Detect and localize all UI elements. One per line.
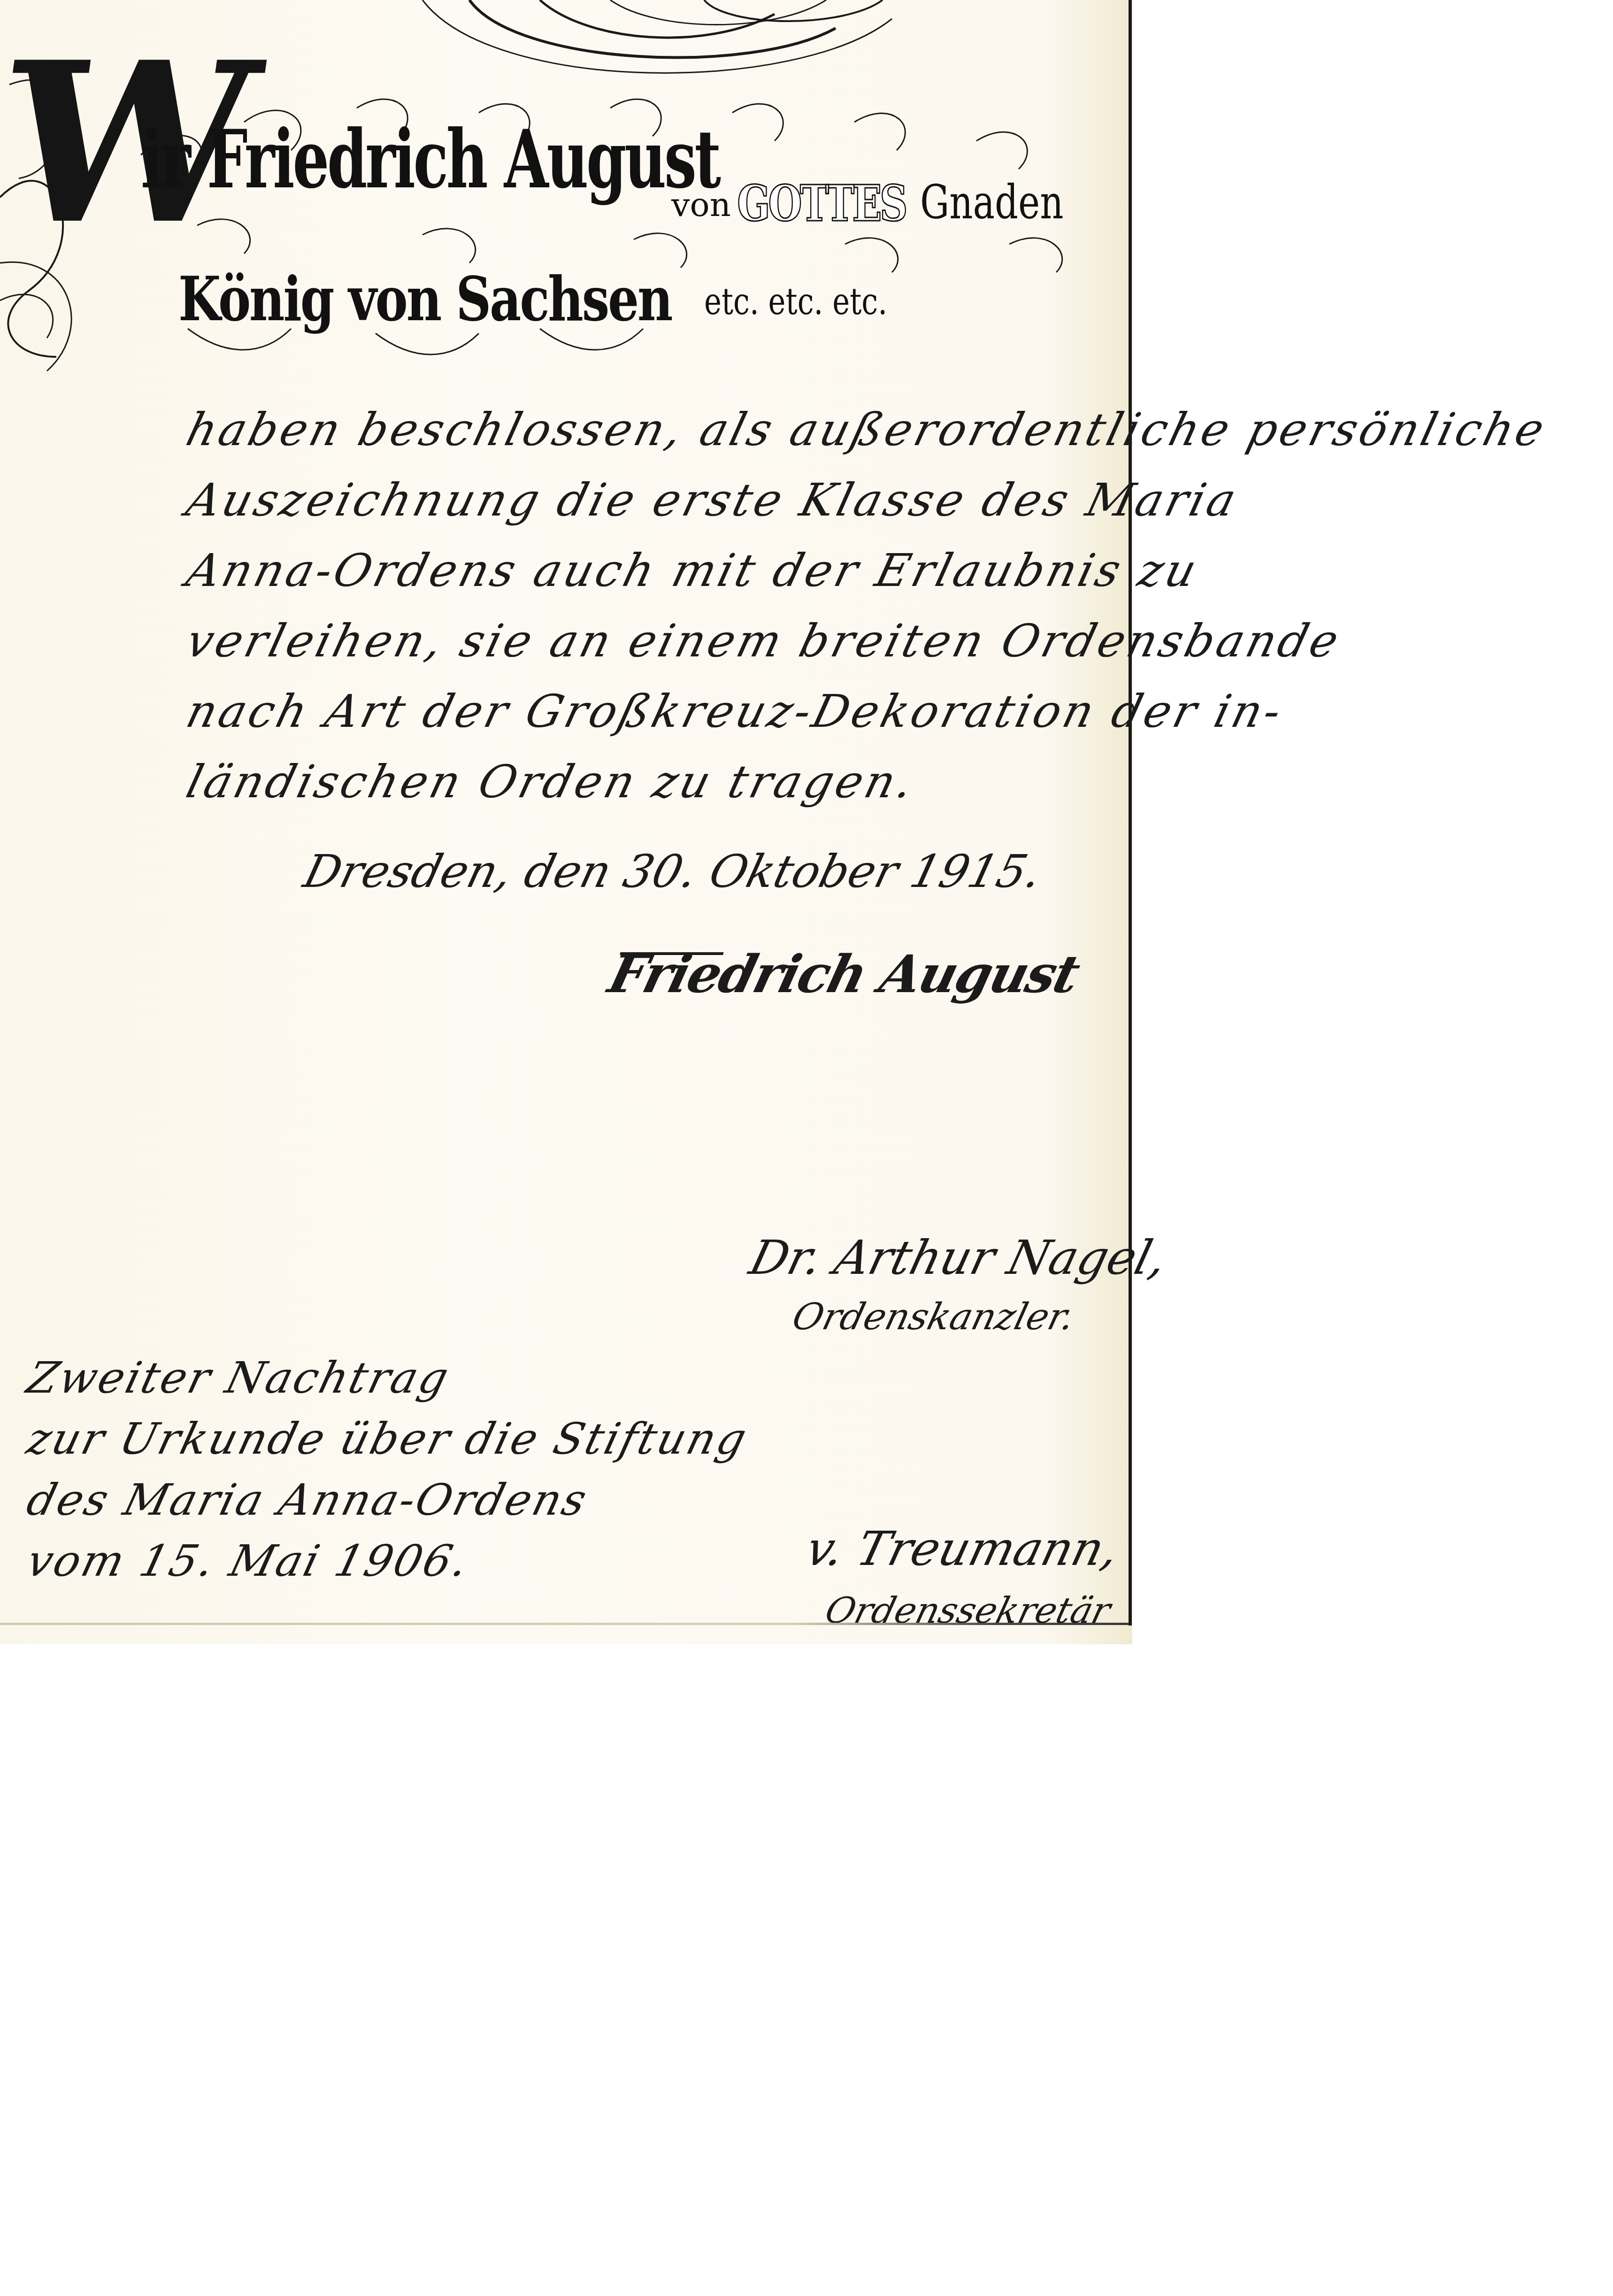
heading-royal-title: König von Sachsen <box>178 263 672 335</box>
heading-etc: etc. etc. etc. <box>704 281 887 323</box>
supplement-line: vom 15. Mai 1906. <box>21 1531 754 1592</box>
supplement-line: zur Urkunde über die Stiftung <box>21 1409 754 1470</box>
place-and-date: Dresden, den 30. Oktober 1915. <box>299 845 1047 898</box>
body-line: nach Art der Großkreuz-Dekoration der in… <box>179 676 1135 747</box>
page-border-bottom <box>0 1623 1131 1625</box>
heading-gottes: GOTTES <box>737 175 906 232</box>
decree-body-text: haben beschlossen, als außerordentliche … <box>188 394 1127 817</box>
body-line: Auszeichnung die erste Klasse des Maria <box>179 465 1135 535</box>
secretary-signature: v. Treumann, <box>800 1521 1124 1576</box>
chancellor-signature: Dr. Arthur Nagel, <box>744 1230 1172 1285</box>
heading-von: von <box>671 185 731 224</box>
page-border-right <box>1129 0 1132 1626</box>
supplement-line: Zweiter Nachtrag <box>21 1348 754 1409</box>
supplement-note: Zweiter Nachtrag zur Urkunde über die St… <box>28 1348 747 1592</box>
heading-gnaden: Gnaden <box>920 175 1063 230</box>
body-line: verleihen, sie an einem breiten Ordensba… <box>179 606 1135 676</box>
supplement-line: des Maria Anna-Ordens <box>21 1470 754 1531</box>
body-line: haben beschlossen, als außerordentliche … <box>179 394 1135 465</box>
body-line: Anna-Ordens auch mit der Erlaubnis zu <box>179 535 1135 606</box>
body-line: ländischen Orden zu tragen. <box>179 747 1135 817</box>
scanned-document-page: W ir Friedrich August von GOTTES Gnaden … <box>0 0 1132 1644</box>
king-signature: Friedrich August <box>603 944 1085 1004</box>
chancellor-title: Ordenskanzler. <box>788 1296 1079 1338</box>
sovereign-name: ir Friedrich August <box>141 113 719 207</box>
